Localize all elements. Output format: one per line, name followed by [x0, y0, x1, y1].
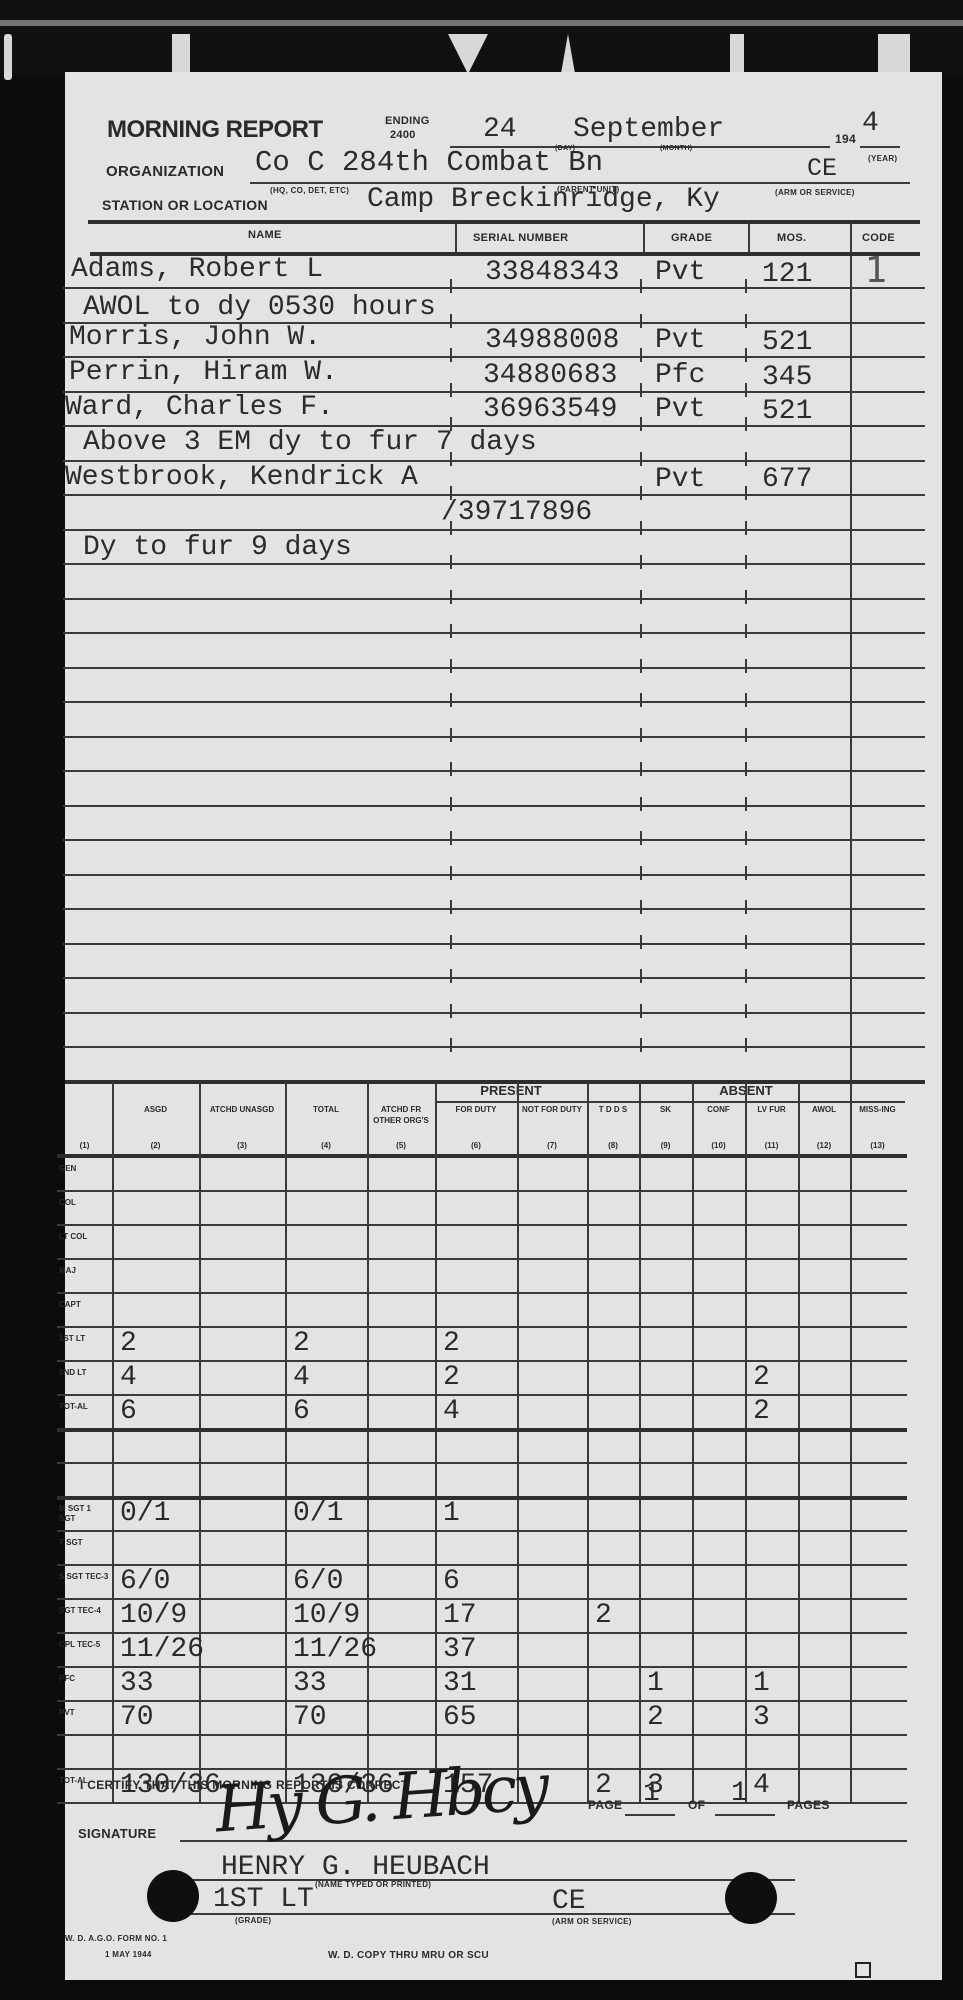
- roster-name: Adams, Robert L: [71, 254, 323, 285]
- strength-col-number: (12): [798, 1140, 850, 1151]
- morning-report-form: MORNING REPORT ENDING 2400 24 September …: [65, 72, 942, 1980]
- roster-col-tick: [640, 348, 642, 362]
- roster-col-tick: [450, 624, 452, 638]
- roster-col-tick: [450, 279, 452, 293]
- arm-value: CE: [807, 154, 837, 183]
- roster-row-rule: [63, 805, 925, 807]
- strength-cell: 6: [293, 1396, 310, 1427]
- strength-header-divider: [57, 1154, 907, 1158]
- strength-cell: 2: [753, 1362, 770, 1393]
- roster-col-divider: [748, 222, 750, 254]
- strength-cell: 6/0: [120, 1566, 170, 1597]
- organization-label: ORGANIZATION: [106, 163, 224, 180]
- strength-cell: 2: [595, 1600, 612, 1631]
- strength-cell: 17: [443, 1600, 477, 1631]
- strength-col-number: (7): [517, 1140, 587, 1151]
- corner-checkbox: [855, 1962, 871, 1978]
- strength-cell: 1: [753, 1668, 770, 1699]
- col-mos-header: MOS.: [777, 232, 806, 244]
- strength-row-rule: [57, 1666, 907, 1668]
- strength-col-number: (1): [57, 1140, 112, 1151]
- grade-row-label: LT COL: [59, 1232, 109, 1242]
- strength-cell: 1: [443, 1498, 460, 1529]
- roster-row-rule: [63, 425, 925, 427]
- strength-row-rule: [57, 1734, 907, 1736]
- roster-col-tick: [640, 452, 642, 466]
- grade-row-label: CPL TEC-5: [59, 1640, 109, 1650]
- strength-col-label: LV FUR: [745, 1104, 798, 1115]
- roster-col-tick: [745, 383, 747, 397]
- roster-col-tick: [640, 279, 642, 293]
- ending-time: 2400: [390, 129, 416, 141]
- strength-row-rule: [57, 1530, 907, 1532]
- grade-row-label: MAJ: [59, 1266, 109, 1276]
- strength-cell: 11/26: [293, 1634, 377, 1665]
- roster-serial: /39717896: [441, 497, 592, 528]
- strength-cell: 70: [293, 1702, 327, 1733]
- roster-mos: 521: [762, 396, 812, 427]
- grade-typed: 1ST LT: [213, 1884, 314, 1915]
- roster-col-tick: [640, 555, 642, 569]
- roster-row-rule: [63, 701, 925, 703]
- roster-row-rule: [63, 322, 925, 324]
- organization-value: Co C 284th Combat Bn: [255, 146, 603, 179]
- strength-row-rule: [57, 1360, 907, 1362]
- roster-col-divider: [455, 222, 457, 254]
- strength-cell: 10/9: [120, 1600, 187, 1631]
- form-date: 1 MAY 1944: [105, 1950, 152, 1959]
- roster-col-tick: [450, 659, 452, 673]
- roster-col-tick: [450, 900, 452, 914]
- strength-cell: 6: [443, 1566, 460, 1597]
- roster-row-rule: [63, 1046, 925, 1048]
- roster-col-tick: [450, 590, 452, 604]
- roster-col-tick: [450, 452, 452, 466]
- roster-col-tick: [745, 452, 747, 466]
- name-caption: (NAME TYPED OR PRINTED): [315, 1880, 431, 1889]
- grade-row-label: T SGT: [59, 1538, 109, 1548]
- strength-col-label: ATCHD UNASGD: [199, 1104, 285, 1115]
- strength-cell: 0/1: [120, 1498, 170, 1529]
- roster-col-tick: [745, 521, 747, 535]
- roster-col-tick: [640, 728, 642, 742]
- roster-mos: 677: [762, 464, 812, 495]
- grade-row-label: 1ST LT: [59, 1334, 109, 1344]
- strength-cell: 1: [647, 1668, 664, 1699]
- roster-row-rule: [63, 943, 925, 945]
- grade-row-label: SGT TEC-4: [59, 1606, 109, 1616]
- month-caption: (MONTH): [660, 145, 692, 152]
- strength-cell: 6: [120, 1396, 137, 1427]
- punch-hole: [725, 1872, 777, 1924]
- station-value: Camp Breckinridge, Ky: [367, 184, 720, 215]
- roster-name: Morris, John W.: [69, 322, 321, 353]
- strength-row-rule: [57, 1258, 907, 1260]
- pages-label: PAGES: [787, 1798, 830, 1812]
- strength-cell: 4: [753, 1770, 770, 1801]
- roster-col-tick: [640, 693, 642, 707]
- strength-cell: 4: [293, 1362, 310, 1393]
- grade-caption: (GRADE): [235, 1916, 271, 1925]
- grade-row-label: CAPT: [59, 1300, 109, 1310]
- strength-col-number: (8): [587, 1140, 639, 1151]
- strength-col-label: SK: [639, 1104, 692, 1115]
- roster-mos: 521: [762, 327, 812, 358]
- roster-row-rule: [63, 563, 925, 565]
- roster-col-tick: [640, 486, 642, 500]
- roster-col-tick: [745, 693, 747, 707]
- roster-col-tick: [745, 659, 747, 673]
- roster-col-tick: [640, 797, 642, 811]
- strength-cell: 2: [293, 1328, 310, 1359]
- strength-col-number: (10): [692, 1140, 745, 1151]
- film-edge-line: [0, 20, 963, 26]
- strength-col-number: (13): [850, 1140, 905, 1151]
- grade-row-label: PFC: [59, 1674, 109, 1684]
- roster-row-rule: [63, 908, 925, 910]
- grade-row-label: GEN: [59, 1164, 109, 1174]
- roster-col-divider: [643, 222, 645, 254]
- strength-cell: 4: [120, 1362, 137, 1393]
- roster-grade: Pvt: [655, 257, 705, 288]
- roster-col-tick: [745, 314, 747, 328]
- roster-name: Ward, Charles F.: [65, 392, 334, 423]
- page-underline: [625, 1814, 675, 1816]
- name-underline: [190, 1879, 795, 1881]
- roster-col-tick: [450, 1038, 452, 1052]
- roster-row-rule: [63, 460, 925, 462]
- arm-caption: (ARM OR SERVICE): [775, 188, 855, 197]
- roster-col-tick: [450, 728, 452, 742]
- strength-col-label: AWOL: [798, 1104, 850, 1115]
- roster-col-tick: [745, 590, 747, 604]
- roster-col-tick: [640, 624, 642, 638]
- strength-row-rule: [57, 1326, 907, 1328]
- grade-row-label: COL: [59, 1198, 109, 1208]
- roster-col-tick: [450, 348, 452, 362]
- roster-serial: 34880683: [483, 360, 617, 391]
- roster-col-tick: [640, 1038, 642, 1052]
- roster-mos: 345: [762, 362, 812, 393]
- strength-cell: 11/26: [120, 1634, 204, 1665]
- roster-col-tick: [640, 383, 642, 397]
- roster-note: Dy to fur 9 days: [83, 532, 352, 563]
- strength-col-number: (4): [285, 1140, 367, 1151]
- strength-cell: 2: [753, 1396, 770, 1427]
- year-caption: (YEAR): [868, 154, 897, 163]
- roster-code: 1: [865, 250, 888, 291]
- strength-cell: 3: [753, 1702, 770, 1733]
- roster-row-rule: [63, 391, 925, 393]
- strength-row-rule: [57, 1190, 907, 1192]
- roster-name: Perrin, Hiram W.: [69, 357, 338, 388]
- strength-row-rule: [57, 1292, 907, 1294]
- roster-col-tick: [450, 486, 452, 500]
- unit-caption: (HQ, CO, DET, ETC): [270, 186, 349, 195]
- roster-row-rule: [63, 770, 925, 772]
- page-total: 1: [731, 1778, 748, 1809]
- strength-col-label: TOTAL: [285, 1104, 367, 1115]
- strength-cell: 37: [443, 1634, 477, 1665]
- roster-col-tick: [450, 831, 452, 845]
- roster-col-tick: [640, 1004, 642, 1018]
- handwritten-signature: Hy G. Hbcy: [213, 1751, 548, 1848]
- roster-col-tick: [450, 555, 452, 569]
- code-col-divider: [850, 222, 852, 1082]
- roster-col-tick: [745, 624, 747, 638]
- roster-col-tick: [640, 762, 642, 776]
- roster-serial: 33848343: [485, 257, 619, 288]
- roster-grade: Pvt: [655, 394, 705, 425]
- present-group-header: PRESENT: [435, 1085, 587, 1096]
- strength-col-label: T D D S: [587, 1104, 639, 1115]
- year-underline: [860, 146, 900, 148]
- strength-row-rule: [57, 1462, 907, 1464]
- roster-col-tick: [745, 417, 747, 431]
- ending-label: ENDING: [385, 115, 430, 127]
- grade-row-label: 2ND LT: [59, 1368, 109, 1378]
- copy-note: W. D. COPY THRU MRU OR SCU: [328, 1950, 489, 1961]
- form-title: MORNING REPORT: [107, 116, 323, 144]
- grade-underline: [190, 1913, 795, 1915]
- roster-col-tick: [640, 521, 642, 535]
- page-number: 1: [643, 1778, 660, 1809]
- roster-col-tick: [745, 486, 747, 500]
- strength-cell: 2: [443, 1328, 460, 1359]
- strength-col-number: (9): [639, 1140, 692, 1151]
- col-serial-header: SERIAL NUMBER: [473, 232, 568, 244]
- strength-col-number: (2): [112, 1140, 199, 1151]
- of-underline: [715, 1814, 775, 1816]
- roster-row-rule: [63, 977, 925, 979]
- strength-col-number: (6): [435, 1140, 517, 1151]
- roster-col-tick: [640, 969, 642, 983]
- strength-cell: 10/9: [293, 1600, 360, 1631]
- header-divider: [88, 220, 920, 224]
- roster-col-tick: [745, 348, 747, 362]
- roster-name: Westbrook, Kendrick A: [65, 462, 418, 493]
- strength-row-rule: [57, 1496, 907, 1500]
- roster-col-tick: [450, 417, 452, 431]
- strength-row-rule: [57, 1224, 907, 1226]
- grade-row-label: S SGT TEC-3: [59, 1572, 109, 1582]
- roster-col-tick: [450, 383, 452, 397]
- strength-cell: 2: [647, 1702, 664, 1733]
- strength-cell: 33: [293, 1668, 327, 1699]
- strength-col-label: ATCHD FR OTHER ORG'S: [367, 1104, 435, 1126]
- roster-row-rule: [63, 667, 925, 669]
- strength-cell: 70: [120, 1702, 154, 1733]
- strength-row-rule: [57, 1428, 907, 1432]
- strength-cell: 31: [443, 1668, 477, 1699]
- roster-serial: 34988008: [485, 325, 619, 356]
- arm-caption: (ARM OR SERVICE): [552, 1917, 632, 1926]
- roster-row-rule: [63, 1012, 925, 1014]
- year-suffix: 4: [862, 108, 879, 139]
- strength-cell: 0/1: [293, 1498, 343, 1529]
- roster-mos: 121: [762, 259, 812, 290]
- roster-col-tick: [450, 521, 452, 535]
- strength-row-rule: [57, 1700, 907, 1702]
- roster-col-tick: [640, 590, 642, 604]
- roster-col-tick: [450, 762, 452, 776]
- roster-row-rule: [63, 598, 925, 600]
- roster-col-tick: [640, 417, 642, 431]
- roster-col-tick: [450, 693, 452, 707]
- roster-col-tick: [745, 279, 747, 293]
- of-label: OF: [688, 1798, 705, 1812]
- roster-row-rule: [63, 356, 925, 358]
- strength-cell: 33: [120, 1668, 154, 1699]
- roster-note: Above 3 EM dy to fur 7 days: [83, 427, 537, 458]
- roster-row-rule: [63, 736, 925, 738]
- roster-col-tick: [745, 935, 747, 949]
- roster-row-rule: [63, 839, 925, 841]
- strength-row-rule: [57, 1394, 907, 1396]
- grade-row-label: TOT-AL: [59, 1402, 109, 1412]
- roster-col-tick: [450, 969, 452, 983]
- report-day: 24: [483, 114, 517, 145]
- roster-row-rule: [63, 494, 925, 496]
- roster-col-tick: [640, 831, 642, 845]
- station-label: STATION OR LOCATION: [102, 197, 268, 213]
- roster-col-tick: [745, 555, 747, 569]
- roster-grade: Pvt: [655, 464, 705, 495]
- page-label: PAGE: [588, 1798, 622, 1812]
- film-marker: [4, 34, 12, 80]
- strength-cell: 4: [443, 1396, 460, 1427]
- roster-grade: Pvt: [655, 325, 705, 356]
- grade-row-label: PVT: [59, 1708, 109, 1718]
- roster-col-tick: [450, 866, 452, 880]
- strength-row-rule: [57, 1564, 907, 1566]
- signature-label: SIGNATURE: [78, 1826, 156, 1841]
- roster-row-rule: [63, 874, 925, 876]
- roster-col-tick: [745, 1038, 747, 1052]
- roster-col-tick: [745, 866, 747, 880]
- roster-serial: 36963549: [483, 394, 617, 425]
- roster-col-tick: [450, 935, 452, 949]
- strength-col-label: NOT FOR DUTY: [517, 1104, 587, 1115]
- roster-row-rule: [63, 529, 925, 531]
- report-month: September: [573, 114, 724, 145]
- roster-col-tick: [745, 969, 747, 983]
- roster-col-tick: [450, 314, 452, 328]
- roster-col-tick: [640, 659, 642, 673]
- strength-col-label: MISS-ING: [850, 1104, 905, 1115]
- roster-row-rule: [63, 287, 925, 289]
- roster-row-rule: [63, 632, 925, 634]
- roster-col-tick: [640, 314, 642, 328]
- roster-col-tick: [745, 762, 747, 776]
- group-underline: [435, 1101, 905, 1103]
- roster-col-tick: [745, 797, 747, 811]
- roster-col-tick: [745, 831, 747, 845]
- strength-col-number: (3): [199, 1140, 285, 1151]
- strength-col-number: (5): [367, 1140, 435, 1151]
- roster-col-tick: [745, 1004, 747, 1018]
- roster-col-tick: [640, 866, 642, 880]
- col-code-header: CODE: [862, 232, 895, 244]
- strength-cell: 65: [443, 1702, 477, 1733]
- roster-col-tick: [450, 1004, 452, 1018]
- strength-col-number: (11): [745, 1140, 798, 1151]
- strength-col-label: ASGD: [112, 1104, 199, 1115]
- strength-cell: 2: [443, 1362, 460, 1393]
- roster-col-tick: [450, 797, 452, 811]
- roster-grade: Pfc: [655, 360, 705, 391]
- roster-col-tick: [640, 935, 642, 949]
- col-grade-header: GRADE: [671, 232, 712, 244]
- col-name-header: NAME: [248, 229, 282, 241]
- roster-note: AWOL to dy 0530 hours: [83, 292, 436, 323]
- strength-cell: 6/0: [293, 1566, 343, 1597]
- roster-col-tick: [745, 900, 747, 914]
- strength-col-label: FOR DUTY: [435, 1104, 517, 1115]
- form-id: W. D. A.G.O. FORM NO. 1: [65, 1934, 167, 1943]
- roster-col-tick: [745, 728, 747, 742]
- year-prefix: 194: [835, 132, 856, 146]
- strength-col-label: CONF: [692, 1104, 745, 1115]
- strength-cell: 2: [595, 1770, 612, 1801]
- grade-row-label: M SGT 1 SGT: [59, 1504, 109, 1524]
- punch-hole: [147, 1870, 199, 1922]
- roster-col-tick: [640, 900, 642, 914]
- strength-cell: 2: [120, 1328, 137, 1359]
